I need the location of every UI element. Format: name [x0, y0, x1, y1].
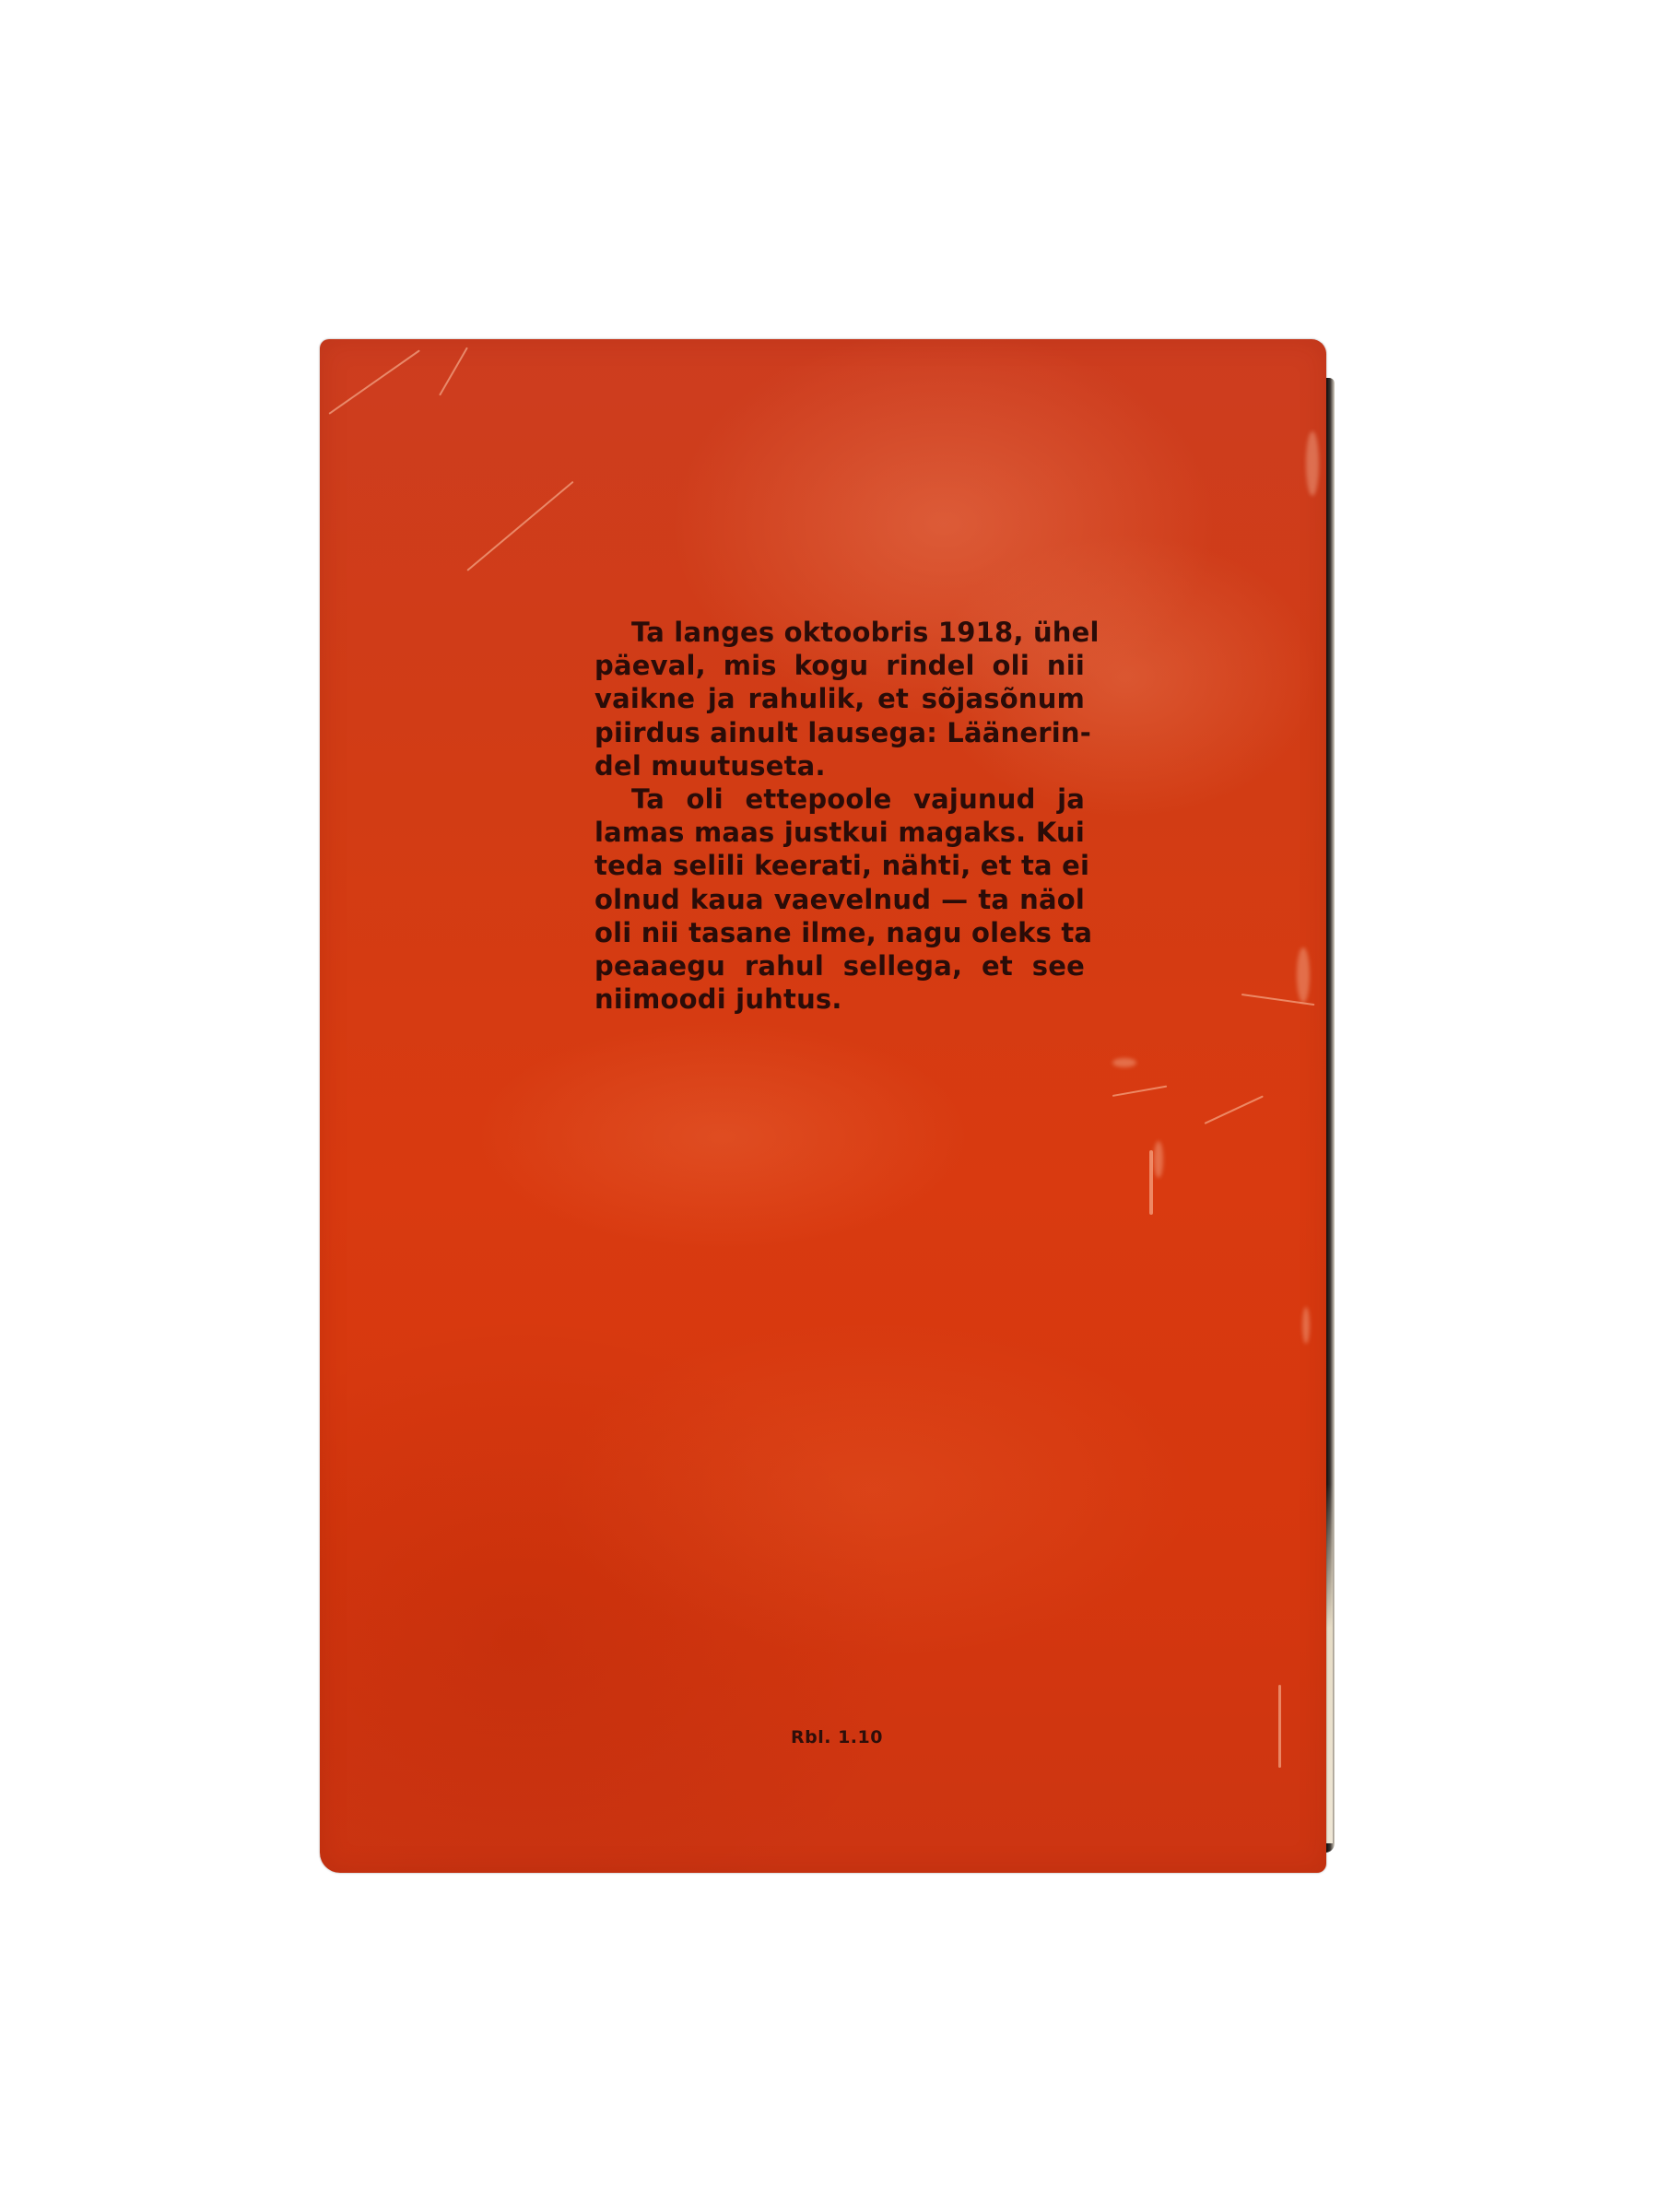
blurb-paragraph-2: Ta oli ettepoole vajunud ja lamas maas j…	[594, 782, 1085, 1016]
blurb-text: Ta langes oktoobris 1918, ühel päeval, m…	[594, 616, 1085, 1016]
blurb-line: Ta oli ettepoole vajunud ja	[594, 782, 1085, 816]
blurb-line: del muutuseta.	[594, 749, 1085, 782]
blurb-line: Ta langes oktoobris 1918, ühel	[594, 616, 1085, 649]
blurb-line: oli nii tasane ilme, nagu oleks ta	[594, 916, 1085, 949]
product-photo: Ta langes oktoobris 1918, ühel päeval, m…	[0, 0, 1659, 2212]
blurb-line: piirdus ainult lausega: Läänerin-	[594, 716, 1085, 749]
cover-wear-marks	[320, 339, 1326, 1873]
blurb-line: vaikne ja rahulik, et sõjasõnum	[594, 682, 1085, 715]
blurb-line: olnud kaua vaevelnud — ta näol	[594, 883, 1085, 916]
price-label: Rbl. 1.10	[320, 1727, 1326, 1747]
blurb-line: teda selili keerati, nähti, et ta ei	[594, 849, 1085, 882]
blurb-line: niimoodi juhtus.	[594, 982, 1085, 1016]
blurb-line: lamas maas justkui magaks. Kui	[594, 816, 1085, 849]
blurb-line: peaaegu rahul sellega, et see	[594, 949, 1085, 982]
book-back-cover: Ta langes oktoobris 1918, ühel päeval, m…	[320, 339, 1326, 1873]
blurb-line: päeval, mis kogu rindel oli nii	[594, 649, 1085, 682]
blurb-paragraph-1: Ta langes oktoobris 1918, ühel päeval, m…	[594, 616, 1085, 782]
